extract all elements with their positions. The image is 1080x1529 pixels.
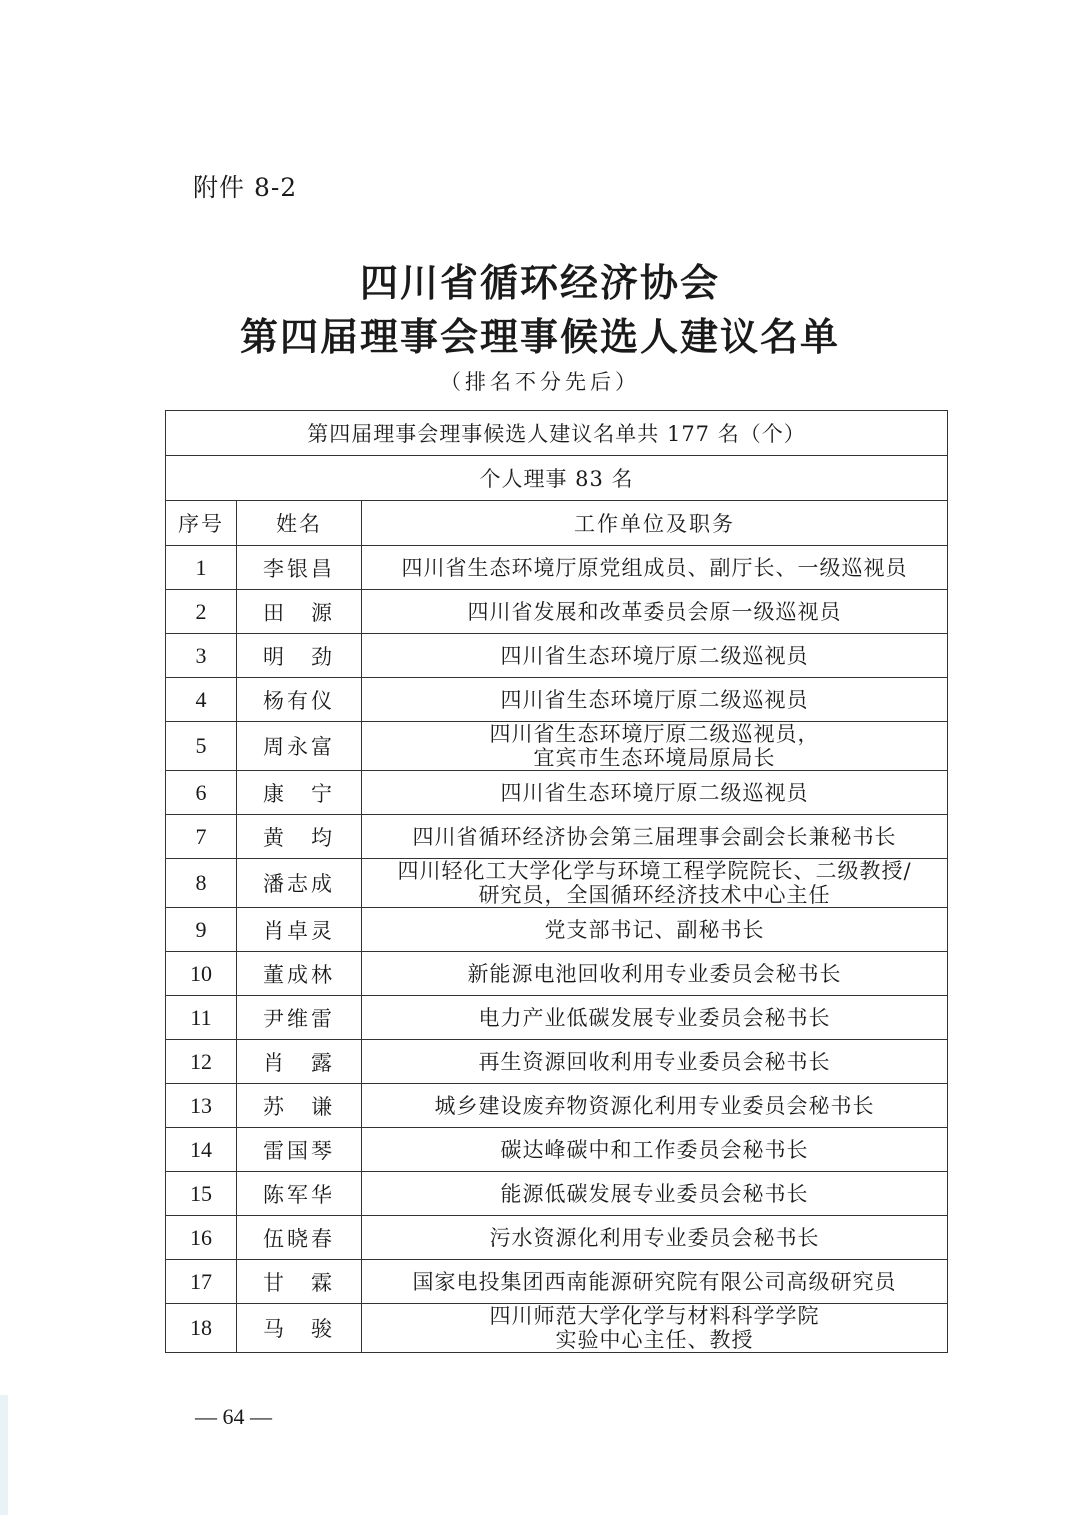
table-row: 15陈军华能源低碳发展专业委员会秘书长 [166, 1172, 948, 1216]
work-line: 四川省生态环境厅原党组成员、副厅长、一级巡视员 [362, 556, 947, 580]
candidate-name: 肖 露 [237, 1040, 362, 1084]
column-header-no: 序号 [166, 501, 237, 546]
row-number: 13 [166, 1084, 237, 1128]
table-row: 10董成林新能源电池回收利用专业委员会秘书长 [166, 952, 948, 996]
work-unit-position: 四川省生态环境厅原二级巡视员 [362, 678, 948, 722]
document-title-line1: 四川省循环经济协会 [0, 252, 1080, 307]
summary-row: 第四届理事会理事候选人建议名单共 177 名（个） [166, 411, 948, 456]
table-row: 12肖 露再生资源回收利用专业委员会秘书长 [166, 1040, 948, 1084]
candidate-name: 董成林 [237, 952, 362, 996]
row-number: 16 [166, 1216, 237, 1260]
section-cell: 个人理事 83 名 [166, 456, 948, 501]
candidate-name: 伍晓春 [237, 1216, 362, 1260]
work-line: 四川轻化工大学化学与环境工程学院院长、二级教授/ [362, 859, 947, 883]
work-line: 四川省发展和改革委员会原一级巡视员 [362, 600, 947, 624]
section-row: 个人理事 83 名 [166, 456, 948, 501]
candidate-name: 杨有仪 [237, 678, 362, 722]
work-line: 能源低碳发展专业委员会秘书长 [362, 1182, 947, 1206]
column-header-row: 序号 姓名 工作单位及职务 [166, 501, 948, 546]
candidate-table: 第四届理事会理事候选人建议名单共 177 名（个） 个人理事 83 名 序号 姓… [165, 410, 948, 1353]
work-unit-position: 再生资源回收利用专业委员会秘书长 [362, 1040, 948, 1084]
row-number: 17 [166, 1260, 237, 1304]
table-row: 17甘 霖国家电投集团西南能源研究院有限公司高级研究员 [166, 1260, 948, 1304]
work-line: 实验中心主任、教授 [362, 1328, 947, 1352]
column-header-name: 姓名 [237, 501, 362, 546]
work-line: 四川省生态环境厅原二级巡视员， [362, 722, 947, 746]
table-row: 14雷国琴碳达峰碳中和工作委员会秘书长 [166, 1128, 948, 1172]
table-row: 18马 骏四川师范大学化学与材料科学学院实验中心主任、教授 [166, 1304, 948, 1353]
candidate-name: 甘 霖 [237, 1260, 362, 1304]
table-row: 2田 源四川省发展和改革委员会原一级巡视员 [166, 590, 948, 634]
work-unit-position: 碳达峰碳中和工作委员会秘书长 [362, 1128, 948, 1172]
table-row: 5周永富四川省生态环境厅原二级巡视员，宜宾市生态环境局原局长 [166, 722, 948, 771]
candidate-name: 肖卓灵 [237, 908, 362, 952]
candidate-name: 潘志成 [237, 859, 362, 908]
row-number: 10 [166, 952, 237, 996]
work-unit-position: 四川省发展和改革委员会原一级巡视员 [362, 590, 948, 634]
row-number: 8 [166, 859, 237, 908]
work-line: 碳达峰碳中和工作委员会秘书长 [362, 1138, 947, 1162]
work-unit-position: 四川省生态环境厅原二级巡视员 [362, 634, 948, 678]
row-number: 1 [166, 546, 237, 590]
work-unit-position: 电力产业低碳发展专业委员会秘书长 [362, 996, 948, 1040]
work-line: 国家电投集团西南能源研究院有限公司高级研究员 [362, 1270, 947, 1294]
table-row: 9肖卓灵党支部书记、副秘书长 [166, 908, 948, 952]
row-number: 12 [166, 1040, 237, 1084]
document-subtitle: （排名不分先后） [0, 366, 1080, 396]
candidate-name: 康 宁 [237, 771, 362, 815]
candidate-name: 田 源 [237, 590, 362, 634]
document-page: 附件 8-2 四川省循环经济协会 第四届理事会理事候选人建议名单 （排名不分先后… [0, 0, 1080, 1529]
summary-cell: 第四届理事会理事候选人建议名单共 177 名（个） [166, 411, 948, 456]
work-unit-position: 国家电投集团西南能源研究院有限公司高级研究员 [362, 1260, 948, 1304]
row-number: 3 [166, 634, 237, 678]
table-row: 6康 宁四川省生态环境厅原二级巡视员 [166, 771, 948, 815]
candidate-name: 周永富 [237, 722, 362, 771]
work-line: 新能源电池回收利用专业委员会秘书长 [362, 962, 947, 986]
work-line: 宜宾市生态环境局原局长 [362, 746, 947, 770]
work-line: 四川省生态环境厅原二级巡视员 [362, 644, 947, 668]
work-line: 党支部书记、副秘书长 [362, 918, 947, 942]
row-number: 14 [166, 1128, 237, 1172]
table-row: 3明 劲四川省生态环境厅原二级巡视员 [166, 634, 948, 678]
row-number: 11 [166, 996, 237, 1040]
work-line: 城乡建设废弃物资源化利用专业委员会秘书长 [362, 1094, 947, 1118]
work-unit-position: 四川省生态环境厅原党组成员、副厅长、一级巡视员 [362, 546, 948, 590]
row-number: 6 [166, 771, 237, 815]
work-unit-position: 城乡建设废弃物资源化利用专业委员会秘书长 [362, 1084, 948, 1128]
work-line: 电力产业低碳发展专业委员会秘书长 [362, 1006, 947, 1030]
row-number: 2 [166, 590, 237, 634]
candidate-name: 李银昌 [237, 546, 362, 590]
row-number: 9 [166, 908, 237, 952]
document-title-line2: 第四届理事会理事候选人建议名单 [0, 306, 1080, 361]
row-number: 15 [166, 1172, 237, 1216]
work-unit-position: 四川师范大学化学与材料科学学院实验中心主任、教授 [362, 1304, 948, 1353]
candidate-name: 马 骏 [237, 1304, 362, 1353]
work-unit-position: 四川省循环经济协会第三届理事会副会长兼秘书长 [362, 815, 948, 859]
candidate-name: 尹维雷 [237, 996, 362, 1040]
table-row: 13苏 谦城乡建设废弃物资源化利用专业委员会秘书长 [166, 1084, 948, 1128]
candidate-name: 明 劲 [237, 634, 362, 678]
candidate-name: 陈军华 [237, 1172, 362, 1216]
work-unit-position: 党支部书记、副秘书长 [362, 908, 948, 952]
work-unit-position: 能源低碳发展专业委员会秘书长 [362, 1172, 948, 1216]
work-line: 研究员，全国循环经济技术中心主任 [362, 883, 947, 907]
row-number: 18 [166, 1304, 237, 1353]
table-row: 8潘志成四川轻化工大学化学与环境工程学院院长、二级教授/研究员，全国循环经济技术… [166, 859, 948, 908]
table-row: 4杨有仪四川省生态环境厅原二级巡视员 [166, 678, 948, 722]
row-number: 4 [166, 678, 237, 722]
attachment-label: 附件 8-2 [193, 168, 297, 204]
candidate-name: 苏 谦 [237, 1084, 362, 1128]
row-number: 5 [166, 722, 237, 771]
work-unit-position: 四川省生态环境厅原二级巡视员，宜宾市生态环境局原局长 [362, 722, 948, 771]
table-row: 1李银昌四川省生态环境厅原党组成员、副厅长、一级巡视员 [166, 546, 948, 590]
work-line: 四川省生态环境厅原二级巡视员 [362, 781, 947, 805]
work-line: 污水资源化利用专业委员会秘书长 [362, 1226, 947, 1250]
work-line: 再生资源回收利用专业委员会秘书长 [362, 1050, 947, 1074]
candidate-name: 黄 均 [237, 815, 362, 859]
work-unit-position: 新能源电池回收利用专业委员会秘书长 [362, 952, 948, 996]
work-line: 四川省生态环境厅原二级巡视员 [362, 688, 947, 712]
work-unit-position: 四川轻化工大学化学与环境工程学院院长、二级教授/研究员，全国循环经济技术中心主任 [362, 859, 948, 908]
work-line: 四川省循环经济协会第三届理事会副会长兼秘书长 [362, 825, 947, 849]
work-unit-position: 四川省生态环境厅原二级巡视员 [362, 771, 948, 815]
work-unit-position: 污水资源化利用专业委员会秘书长 [362, 1216, 948, 1260]
table-row: 7黄 均四川省循环经济协会第三届理事会副会长兼秘书长 [166, 815, 948, 859]
candidate-name: 雷国琴 [237, 1128, 362, 1172]
page-number: — 64 — [195, 1404, 272, 1430]
row-number: 7 [166, 815, 237, 859]
table-row: 16伍晓春污水资源化利用专业委员会秘书长 [166, 1216, 948, 1260]
column-header-work: 工作单位及职务 [362, 501, 948, 546]
work-line: 四川师范大学化学与材料科学学院 [362, 1304, 947, 1328]
scan-edge-mark [0, 1395, 8, 1515]
table-row: 11尹维雷电力产业低碳发展专业委员会秘书长 [166, 996, 948, 1040]
